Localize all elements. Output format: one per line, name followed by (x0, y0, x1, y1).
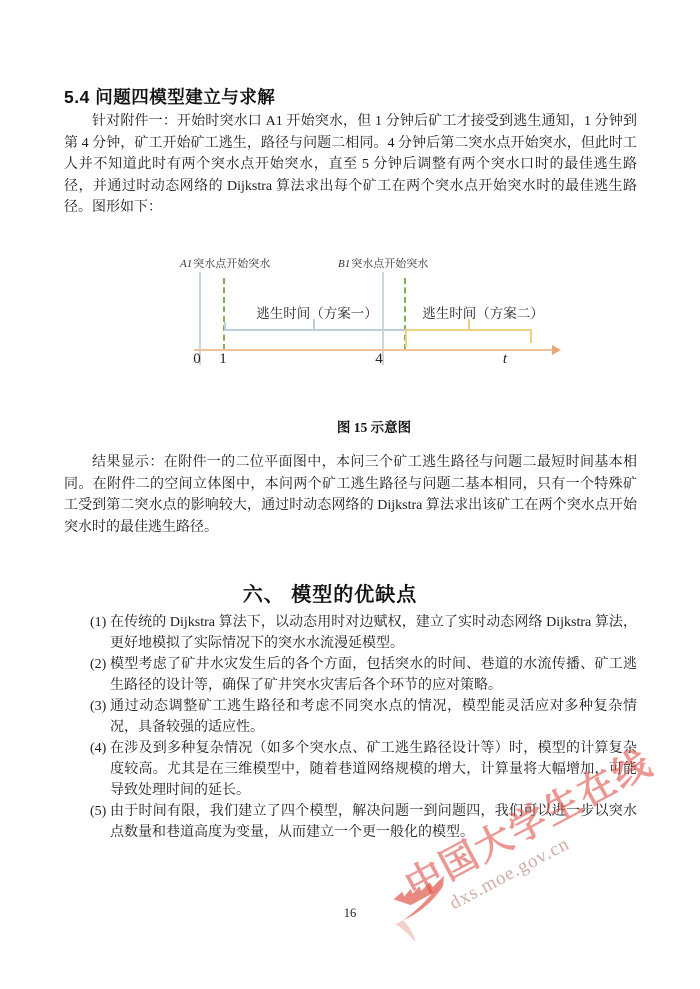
plan1-time-label: 逃生时间（方案一） (237, 302, 397, 322)
list-text: 由于时间有限，我们建立了四个模型，解决问题一到问题四，我们可以进一步以突水点数量… (110, 801, 637, 843)
escape-start-dash-line-1 (223, 278, 225, 350)
list-text: 在传统的 Dijkstra 算法下，以动态用时对边赋权，建立了实时动态网络 Di… (110, 612, 637, 654)
plan1-bracket (224, 329, 405, 331)
paper-page: 5.4 问题四模型建立与求解 针对附件一：开始时突水口 A1 开始突水，但 1 … (0, 0, 700, 989)
event-a-id: A1 (180, 258, 192, 270)
event-a-label: A1突水点开始突水 (180, 255, 270, 271)
list-text: 模型考虑了矿井水灾发生后的各个方面，包括突水的时间、巷道的水流传播、矿工逃生路径… (110, 654, 637, 696)
plan2-bracket-left-tick (405, 329, 407, 347)
list-item: (4) 在涉及到多种复杂情况（如多个突水点、矿工逃生路径设计等）时，模型的计算复… (90, 738, 637, 801)
list-marker: (2) (90, 654, 110, 696)
axis-tick-1: 1 (216, 351, 230, 368)
event-a-text: 突水点开始突水 (193, 258, 270, 270)
list-marker: (1) (90, 612, 110, 654)
event-b-text: 突水点开始突水 (351, 258, 428, 270)
event-b-id: B1 (338, 258, 350, 270)
time-axis-arrowhead (552, 345, 561, 355)
list-item: (1) 在传统的 Dijkstra 算法下，以动态用时对边赋权，建立了实时动态网… (90, 612, 637, 654)
list-marker: (4) (90, 738, 110, 801)
figure-caption: 图 15 示意图 (174, 416, 574, 436)
axis-tick-0: 0 (190, 351, 204, 368)
page-number: 16 (0, 906, 700, 921)
dxs-watermark-logo-icon (388, 850, 464, 945)
axis-tick-t: t (498, 351, 512, 368)
section-5-4-paragraph: 针对附件一：开始时突水口 A1 开始突水，但 1 分钟后矿工才接受到逃生通知，1… (64, 111, 637, 219)
list-marker: (5) (90, 801, 110, 843)
section-6-heading: 六、 模型的优缺点 (30, 578, 630, 607)
event-b-label: B1突水点开始突水 (338, 255, 428, 271)
figure-15-timeline-diagram: A1突水点开始突水 B1突水点开始突水 逃生时间（方案一） 逃生时间（方案二） … (178, 252, 570, 374)
list-item: (2) 模型考虑了矿井水灾发生后的各个方面，包括突水的时间、巷道的水流传播、矿工… (90, 654, 637, 696)
plan2-bracket (405, 329, 532, 331)
axis-tick-4: 4 (372, 351, 386, 368)
list-marker: (3) (90, 696, 110, 738)
plan2-bracket-right-tick (530, 329, 532, 343)
list-text: 在涉及到多种复杂情况（如多个突水点、矿工逃生路径设计等）时，模型的计算复杂度较高… (110, 738, 637, 801)
list-item: (5) 由于时间有限，我们建立了四个模型，解决问题一到问题四，我们可以进一步以突… (90, 801, 637, 843)
pros-cons-list: (1) 在传统的 Dijkstra 算法下，以动态用时对边赋权，建立了实时动态网… (90, 612, 637, 843)
result-paragraph: 结果显示：在附件一的二位平面图中，本问三个矿工逃生路径与问题二最短时间基本相同。… (64, 452, 637, 538)
section-5-4-heading: 5.4 问题四模型建立与求解 (64, 84, 637, 109)
plan2-time-label: 逃生时间（方案二） (403, 302, 563, 322)
list-text: 通过动态调整矿工逃生路径和考虑不同突水点的情况，模型能灵活应对多种复杂情况，具备… (110, 696, 637, 738)
plan1-bracket-left-tick (224, 322, 226, 329)
list-item: (3) 通过动态调整矿工逃生路径和考虑不同突水点的情况，模型能灵活应对多种复杂情… (90, 696, 637, 738)
